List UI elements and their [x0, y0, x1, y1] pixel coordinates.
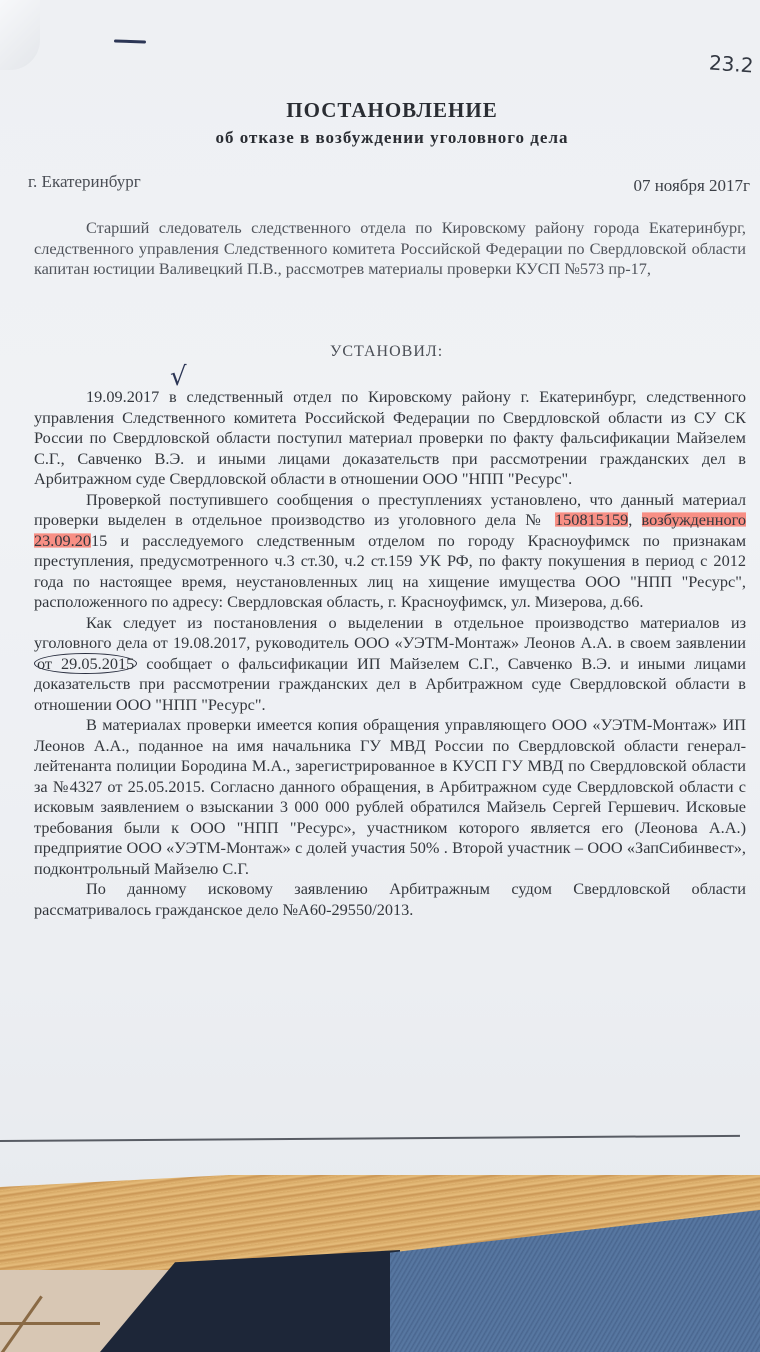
paragraph-3-text-before: Как следует из постановления о выделении…: [34, 613, 746, 653]
handwritten-page-number: 23.2: [709, 50, 755, 77]
intro-text: Старший следователь следственного отдела…: [34, 218, 746, 280]
intro-paragraph: Старший следователь следственного отдела…: [34, 218, 746, 280]
highlighted-case-number: 150815159: [555, 510, 628, 529]
paragraph-4: В материалах проверки имеется копия обра…: [34, 715, 746, 879]
hand-drawn-line: [0, 1135, 740, 1142]
paragraph-3: Как следует из постановления о выделении…: [34, 613, 746, 716]
section-heading: УСТАНОВИЛ:: [330, 343, 443, 361]
receipt-date: 19.09.2017: [86, 387, 159, 406]
document-title: ПОСТАНОВЛЕНИЕ: [12, 98, 760, 123]
established-section: 19.09.2017 в следственный отдел по Киров…: [34, 387, 746, 920]
paragraph-3-text-after: сообщает о фальсификации ИП Майзелем С.Г…: [34, 654, 746, 714]
circled-statement-date: от 29.05.2015: [34, 653, 137, 674]
paragraph-1: 19.09.2017 в следственный отдел по Киров…: [34, 387, 746, 490]
paper-fold: [0, 0, 40, 70]
pen-mark: [114, 39, 146, 43]
document-page: 23.2 ПОСТАНОВЛЕНИЕ об отказе в возбужден…: [0, 0, 760, 1200]
paragraph-2-text-after: 15 и расследуемого следственным отделом …: [34, 531, 746, 612]
paragraph-2: Проверкой поступившего сообщения о прест…: [34, 490, 746, 613]
paragraph-2-text-mid: ,: [628, 510, 641, 529]
paragraph-5: По данному исковому заявлению Арбитражны…: [34, 879, 746, 920]
document-subtitle: об отказе в возбуждении уголовного дела: [12, 128, 760, 148]
document-place: г. Екатеринбург: [28, 172, 141, 192]
document-date: 07 ноября 2017г: [633, 176, 750, 196]
tile-grout: [0, 1322, 100, 1325]
